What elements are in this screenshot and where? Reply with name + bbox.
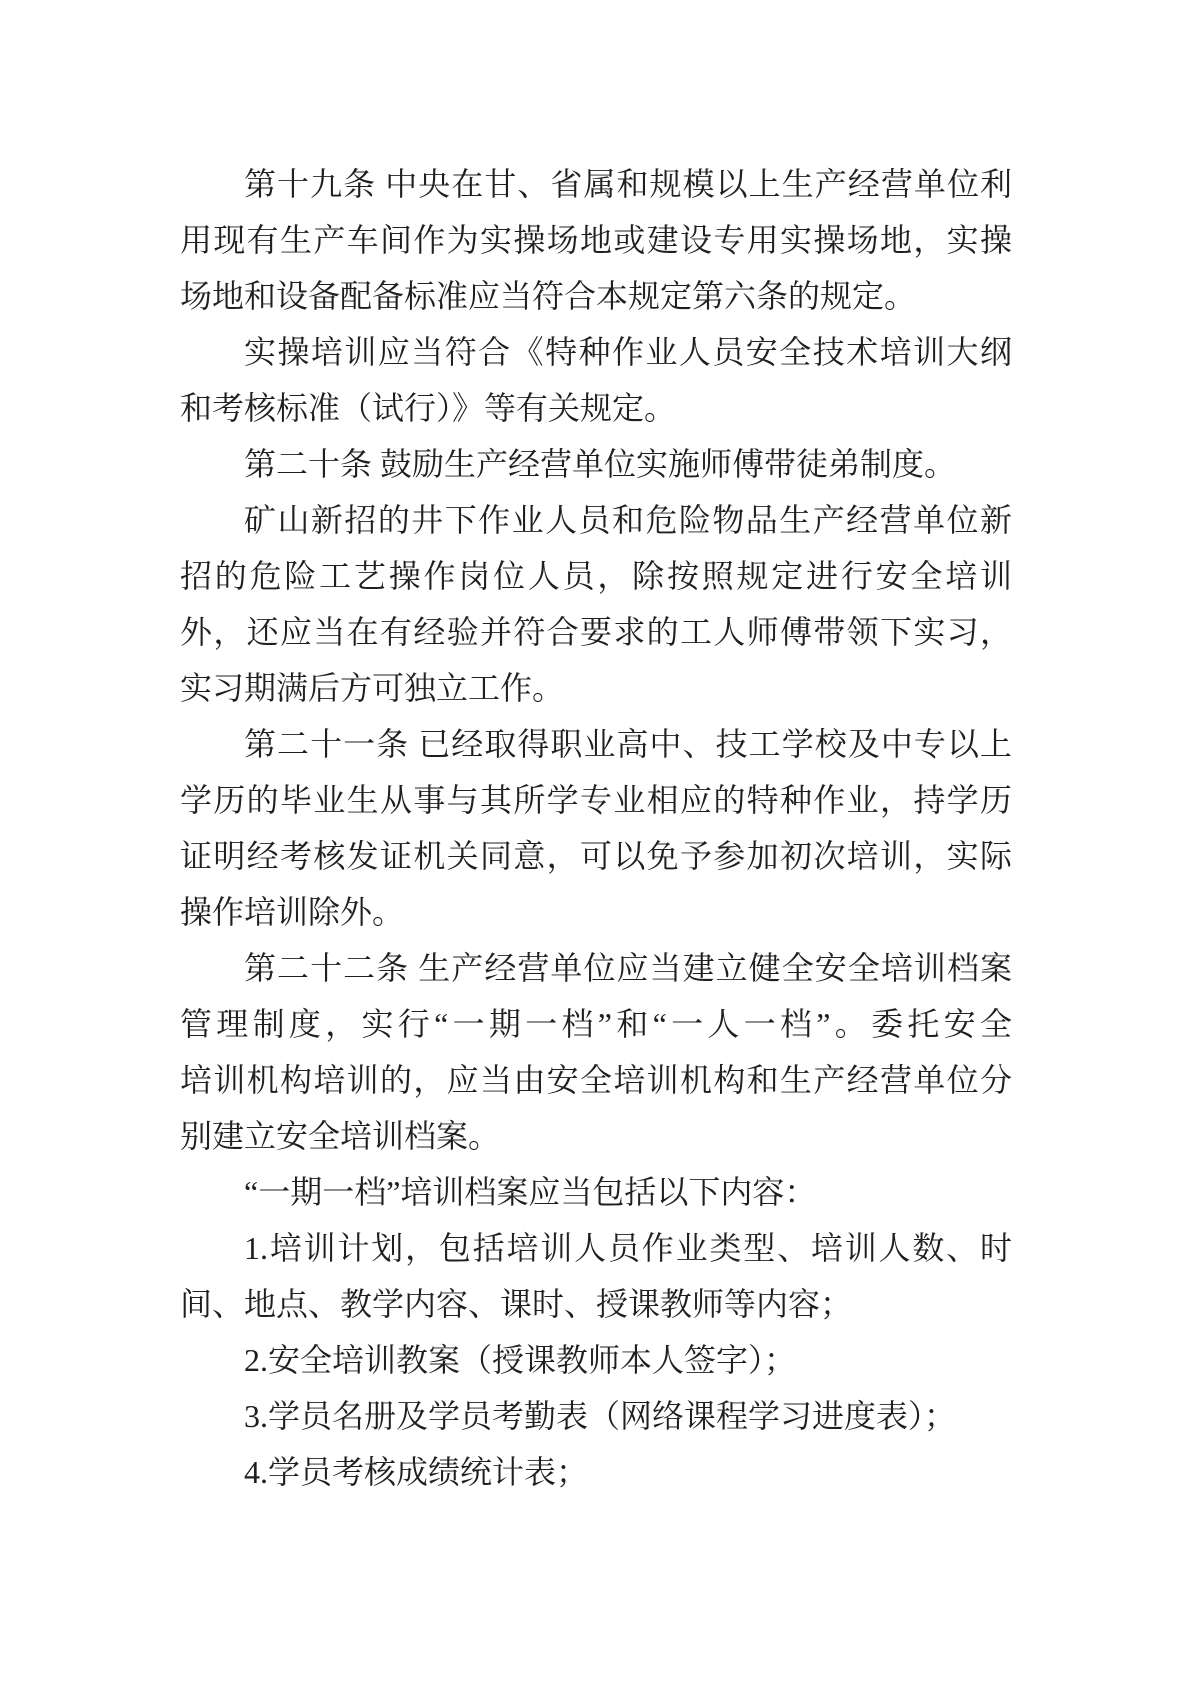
paragraph-article-22: 第二十二条 生产经营单位应当建立健全安全培训档案 管理制度，实行“一期一档”和“…	[180, 940, 1012, 1164]
paragraph-article-20-2: 矿山新招的井下作业人员和危险物品生产经营单位新 招的危险工艺操作岗位人员，除按照…	[180, 492, 1012, 716]
text-line: 管理制度，实行“一期一档”和“一人一档”。委托安全	[180, 996, 1012, 1052]
text-line: 间、地点、教学内容、课时、授课教师等内容；	[180, 1276, 1012, 1332]
text-line: 3.学员名册及学员考勤表（网络课程学习进度表）；	[180, 1388, 1012, 1444]
text-line: 第二十条 鼓励生产经营单位实施师傅带徒弟制度。	[180, 436, 1012, 492]
text-line: 第二十一条 已经取得职业高中、技工学校及中专以上	[180, 716, 1012, 772]
text-line: 第二十二条 生产经营单位应当建立健全安全培训档案	[180, 940, 1012, 996]
text-line: 1.培训计划，包括培训人员作业类型、培训人数、时	[180, 1220, 1012, 1276]
paragraph-archive-item-4: 4.学员考核成绩统计表；	[180, 1444, 1012, 1500]
text-line: 操作培训除外。	[180, 884, 1012, 940]
text-line: 证明经考核发证机关同意，可以免予参加初次培训，实际	[180, 828, 1012, 884]
text-line: 矿山新招的井下作业人员和危险物品生产经营单位新	[180, 492, 1012, 548]
text-line: 2.安全培训教案（授课教师本人签字）；	[180, 1332, 1012, 1388]
document-body: 第十九条 中央在甘、省属和规模以上生产经营单位利 用现有生产车间作为实操场地或建…	[180, 156, 1012, 1500]
text-line: “一期一档”培训档案应当包括以下内容：	[180, 1164, 1012, 1220]
text-line: 场地和设备配备标准应当符合本规定第六条的规定。	[180, 268, 1012, 324]
paragraph-article-20: 第二十条 鼓励生产经营单位实施师傅带徒弟制度。	[180, 436, 1012, 492]
text-line: 用现有生产车间作为实操场地或建设专用实操场地，实操	[180, 212, 1012, 268]
document-page: 第十九条 中央在甘、省属和规模以上生产经营单位利 用现有生产车间作为实操场地或建…	[0, 0, 1190, 1683]
text-line: 实习期满后方可独立工作。	[180, 660, 1012, 716]
text-line: 招的危险工艺操作岗位人员，除按照规定进行安全培训	[180, 548, 1012, 604]
text-line: 和考核标准（试行）》等有关规定。	[180, 380, 1012, 436]
paragraph-article-19-2: 实操培训应当符合《特种作业人员安全技术培训大纲 和考核标准（试行）》等有关规定。	[180, 324, 1012, 436]
paragraph-archive-item-2: 2.安全培训教案（授课教师本人签字）；	[180, 1332, 1012, 1388]
text-line: 实操培训应当符合《特种作业人员安全技术培训大纲	[180, 324, 1012, 380]
text-line: 学历的毕业生从事与其所学专业相应的特种作业，持学历	[180, 772, 1012, 828]
text-line: 4.学员考核成绩统计表；	[180, 1444, 1012, 1500]
paragraph-article-21: 第二十一条 已经取得职业高中、技工学校及中专以上 学历的毕业生从事与其所学专业相…	[180, 716, 1012, 940]
text-line: 别建立安全培训档案。	[180, 1108, 1012, 1164]
paragraph-archive-item-3: 3.学员名册及学员考勤表（网络课程学习进度表）；	[180, 1388, 1012, 1444]
text-line: 第十九条 中央在甘、省属和规模以上生产经营单位利	[180, 156, 1012, 212]
text-line: 外，还应当在有经验并符合要求的工人师傅带领下实习，	[180, 604, 1012, 660]
paragraph-archive-item-1: 1.培训计划，包括培训人员作业类型、培训人数、时 间、地点、教学内容、课时、授课…	[180, 1220, 1012, 1332]
text-line: 培训机构培训的，应当由安全培训机构和生产经营单位分	[180, 1052, 1012, 1108]
paragraph-article-19: 第十九条 中央在甘、省属和规模以上生产经营单位利 用现有生产车间作为实操场地或建…	[180, 156, 1012, 324]
paragraph-archive-intro: “一期一档”培训档案应当包括以下内容：	[180, 1164, 1012, 1220]
